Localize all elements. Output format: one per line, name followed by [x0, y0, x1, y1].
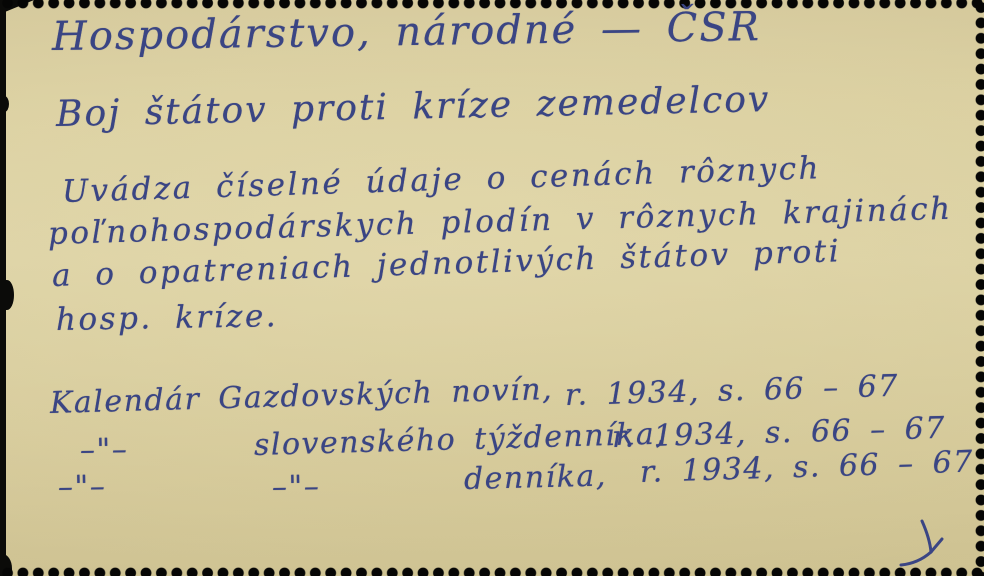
- reference-citation: r. 1934, s. 66 – 67: [565, 369, 900, 413]
- torn-left-notch: [0, 280, 14, 310]
- ditto-mark: –"–: [80, 432, 129, 468]
- torn-left-notch: [0, 96, 9, 112]
- perforation-bottom: [0, 563, 984, 576]
- reference-source: denníka,: [464, 459, 608, 497]
- torn-left-notch: [0, 554, 12, 572]
- card-heading: Hospodárstvo, národné — ČSR: [52, 4, 761, 60]
- ditto-mark: –"–: [272, 469, 321, 505]
- continuation-arrow-icon: [898, 518, 956, 568]
- index-card: Hospodárstvo, národné — ČSR Boj štátov p…: [0, 0, 984, 576]
- card-subject: Boj štátov proti kríze zemedelcov: [56, 79, 771, 135]
- ditto-mark: –"–: [58, 469, 107, 505]
- reference-source: Kalendár Gazdovských novín,: [50, 372, 554, 421]
- reference-source: slovenského týždenníka,: [254, 416, 667, 463]
- perforation-right: [971, 0, 984, 576]
- annotation-line: hosp. kríze.: [56, 298, 279, 338]
